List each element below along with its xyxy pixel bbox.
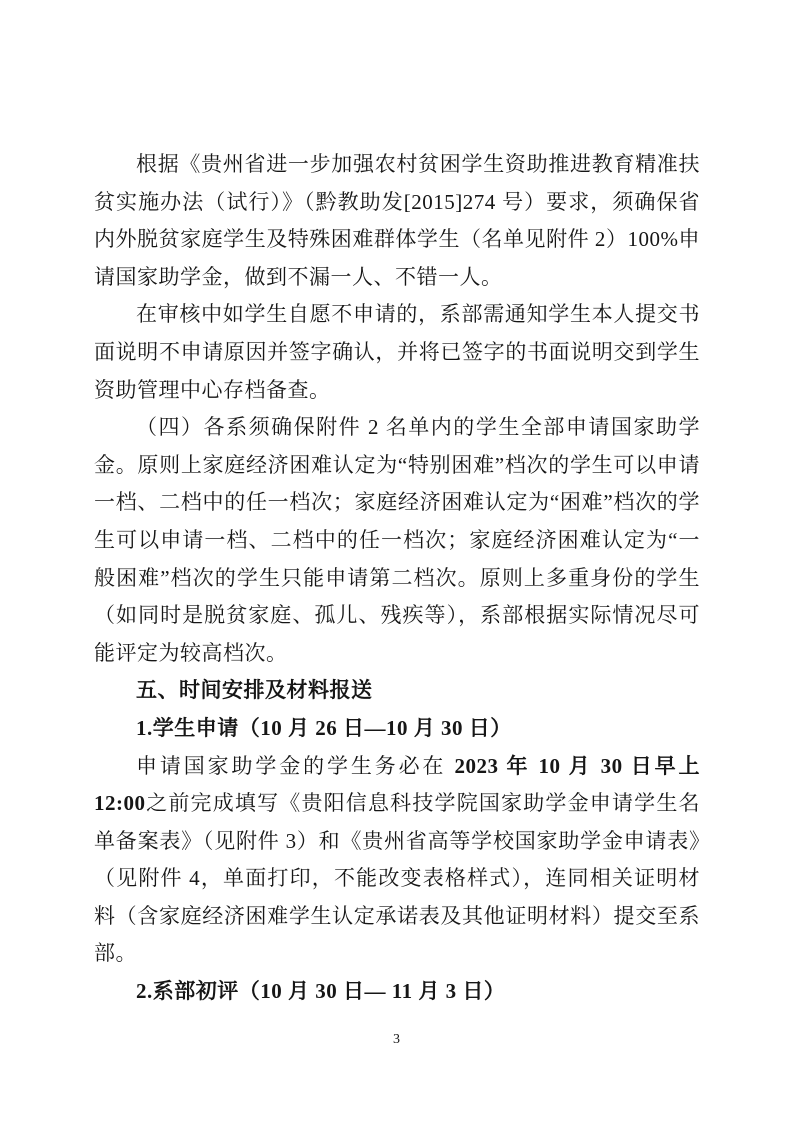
paragraph-basis: 根据《贵州省进一步加强农村贫困学生资助推进教育精准扶贫实施办法（试行）》（黔教助… bbox=[94, 146, 700, 296]
page-footer: 3 bbox=[0, 1032, 793, 1048]
paragraph-application-suffix: 之前完成填写《贵阳信息科技学院国家助学金申请学生名单备案表》（见附件 3）和《贵… bbox=[94, 791, 700, 965]
paragraph-application-prefix: 申请国家助学金的学生务必在 bbox=[136, 754, 454, 778]
paragraph-application: 申请国家助学金的学生务必在 2023 年 10 月 30 日早上 12:00之前… bbox=[94, 748, 700, 974]
paragraph-item-four: （四）各系须确保附件 2 名单内的学生全部申请国家助学金。原则上家庭经济困难认定… bbox=[94, 409, 700, 672]
page-number: 3 bbox=[393, 1032, 400, 1047]
document-body: 根据《贵州省进一步加强农村贫困学生资助推进教育精准扶贫实施办法（试行）》（黔教助… bbox=[94, 146, 700, 1011]
paragraph-voluntary-waiver: 在审核中如学生自愿不申请的，系部需通知学生本人提交书面说明不申请原因并签字确认，… bbox=[94, 296, 700, 409]
heading-section-five: 五、时间安排及材料报送 bbox=[94, 672, 700, 710]
heading-step-one-student-application: 1.学生申请（10 月 26 日—10 月 30 日） bbox=[94, 710, 700, 748]
heading-step-two-department-review: 2.系部初评（10 月 30 日— 11 月 3 日） bbox=[94, 973, 700, 1011]
document-page: 根据《贵州省进一步加强农村贫困学生资助推进教育精准扶贫实施办法（试行）》（黔教助… bbox=[0, 0, 793, 1122]
